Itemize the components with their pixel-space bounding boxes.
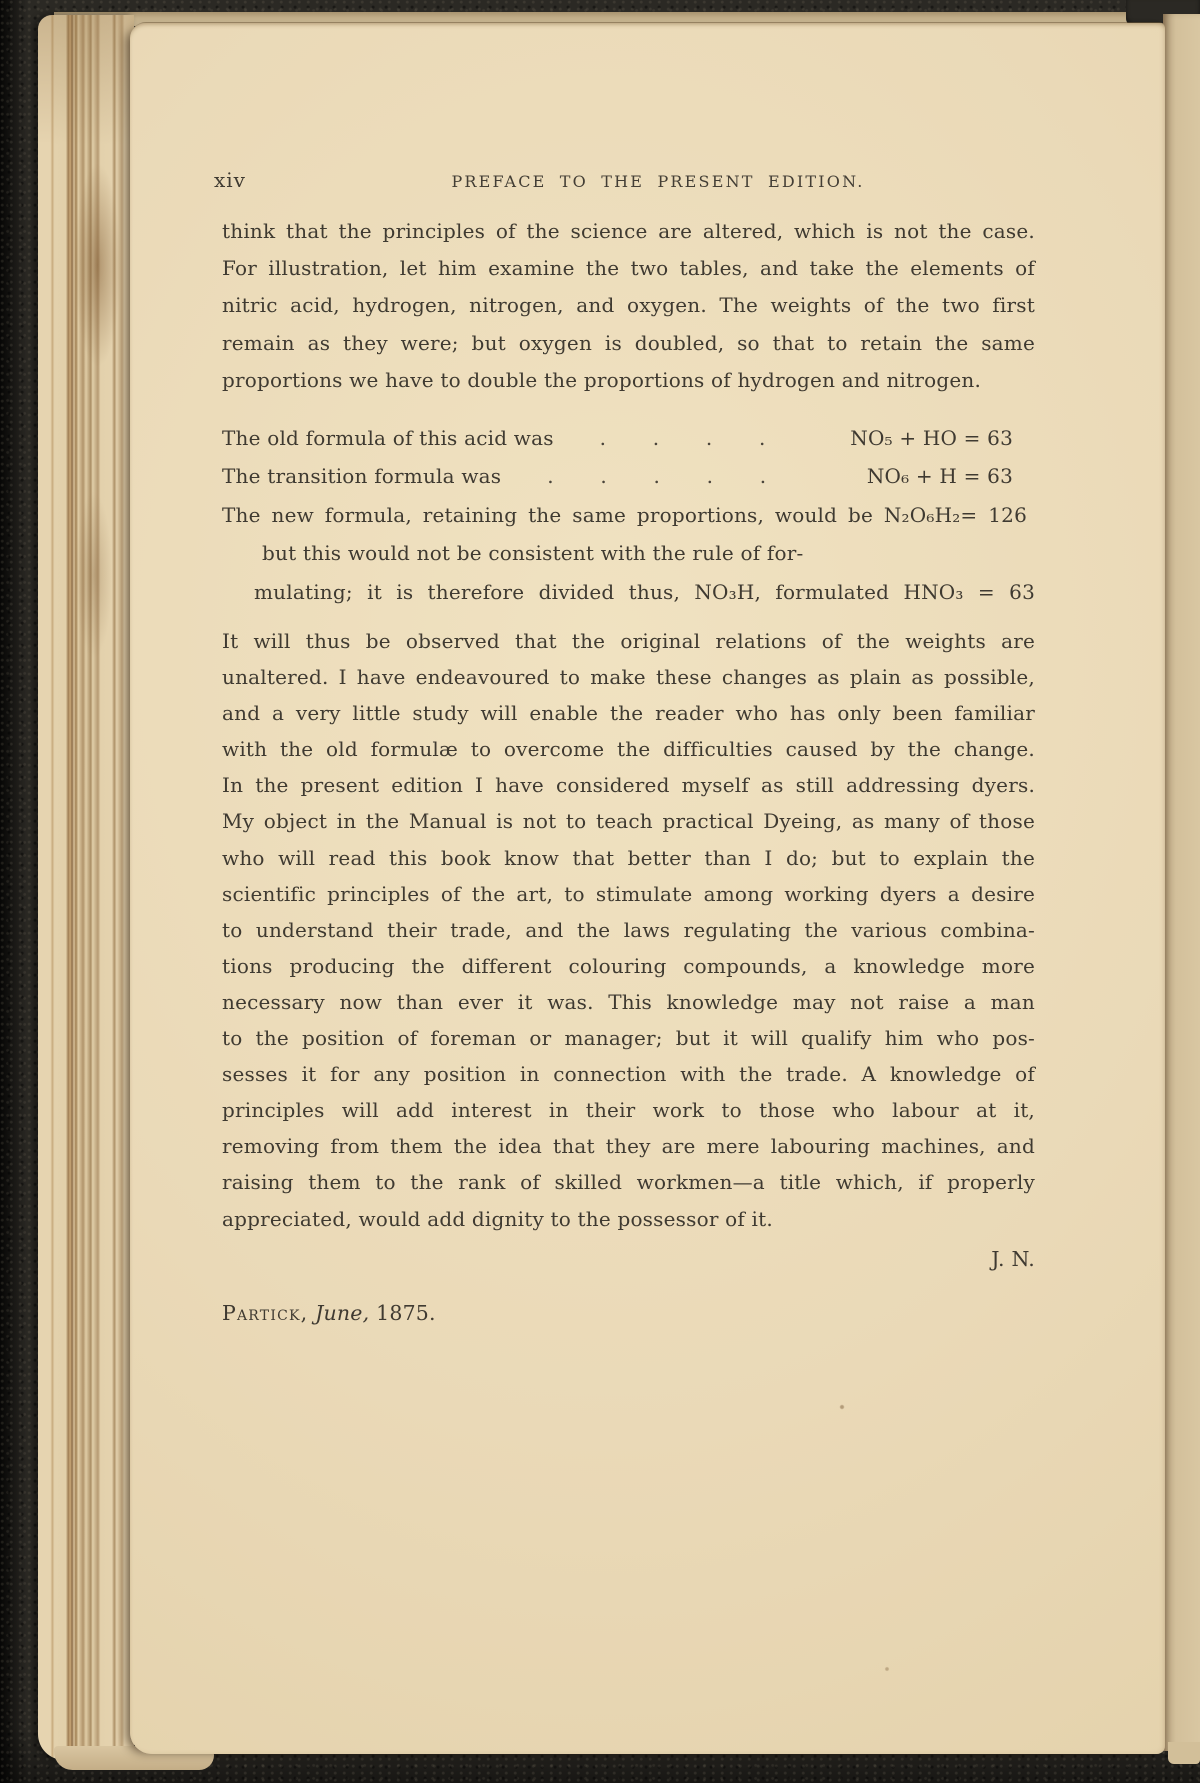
dot-leader: . . . . <box>554 419 851 457</box>
author-initials: J. N. <box>222 1245 1035 1273</box>
dateline-month: June, <box>315 1301 369 1325</box>
chemical-formula: NO₆ + H = 63 <box>867 457 1013 495</box>
text-line: appreciated, would add dignity to the po… <box>222 1201 1035 1237</box>
text-line: think that the principles of the science… <box>222 213 1035 250</box>
text-line: sesses it for any position in connection… <box>222 1056 1035 1092</box>
formula-row-new: The new formula, retaining the same prop… <box>222 496 1035 534</box>
formula-label: The transition formula was <box>222 457 501 495</box>
page-edges-right <box>1163 14 1200 1751</box>
text-line: In the present edition I have considered… <box>222 767 1035 803</box>
text-line: For illustration, let him examine the tw… <box>222 250 1035 287</box>
text-line: to the position of foreman or manager; b… <box>222 1020 1035 1056</box>
formula-row-note: but this would not be consistent with th… <box>222 534 1035 572</box>
text-line: nitric acid, hydrogen, nitrogen, and oxy… <box>222 287 1035 324</box>
dot-leader: . . . . . <box>501 457 867 495</box>
text-line: My object in the Manual is not to teach … <box>222 803 1035 839</box>
page-edges-left <box>38 15 134 1760</box>
text-line: scientific principles of the art, to sti… <box>222 876 1035 912</box>
dateline-place: Partick, <box>222 1301 308 1325</box>
dateline-year: 1875. <box>376 1301 436 1325</box>
text-line: necessary now than ever it was. This kno… <box>222 984 1035 1020</box>
formula-row-old: The old formula of this acid was . . . .… <box>222 419 1035 457</box>
text-line: principles will add interest in their wo… <box>222 1092 1035 1128</box>
text-column: think that the principles of the science… <box>222 23 1035 1754</box>
text-line: It will thus be observed that the origin… <box>222 623 1035 659</box>
book-page: xiv PREFACE TO THE PRESENT EDITION. thin… <box>130 22 1165 1754</box>
text-line: with the old formulæ to overcome the dif… <box>222 731 1035 767</box>
formula-row-transition: The transition formula was . . . . . NO₆… <box>222 457 1035 495</box>
text-line: unaltered. I have endeavoured to make th… <box>222 659 1035 695</box>
text-line: and a very little study will enable the … <box>222 695 1035 731</box>
formula-row-divided: mulating; it is therefore divided thus, … <box>222 573 1035 611</box>
formula-block: The old formula of this acid was . . . .… <box>222 419 1035 611</box>
paragraph-1: think that the principles of the science… <box>222 213 1035 399</box>
text-line: remain as they were; but oxygen is doubl… <box>222 325 1035 362</box>
text-line: tions producing the different colouring … <box>222 948 1035 984</box>
dateline: Partick, June, 1875. <box>222 1299 1035 1327</box>
chemical-formula: NO₅ + HO = 63 <box>850 419 1013 457</box>
paragraph-2: It will thus be observed that the origin… <box>222 623 1035 1237</box>
text-line: raising them to the rank of skilled work… <box>222 1164 1035 1200</box>
text-line: who will read this book know that better… <box>222 840 1035 876</box>
formula-label: The old formula of this acid was <box>222 419 554 457</box>
text-line: to understand their trade, and the laws … <box>222 912 1035 948</box>
book-scan: xiv PREFACE TO THE PRESENT EDITION. thin… <box>0 0 1200 1783</box>
page-edge-bottom-right <box>1168 1742 1200 1764</box>
text-line: removing from them the idea that they ar… <box>222 1128 1035 1164</box>
text-line: proportions we have to double the propor… <box>222 362 1035 399</box>
